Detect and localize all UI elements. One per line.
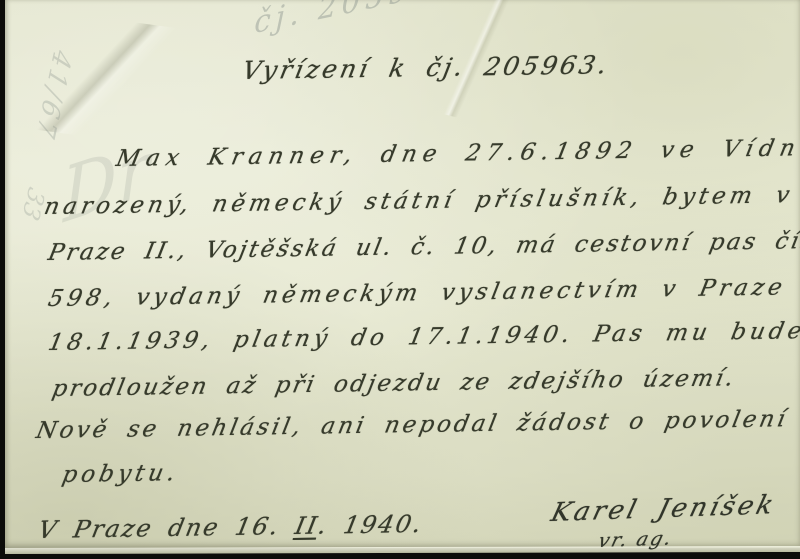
place-date-suffix: . 1940. bbox=[316, 510, 426, 540]
paper-bottom-edge bbox=[5, 546, 800, 554]
scanned-document: čj. 205963 41/67 33 Dr Vyřízení k čj. 20… bbox=[0, 0, 800, 559]
document-heading: Vyřízení k čj. 205963. bbox=[240, 50, 612, 85]
signature-title: vr. ag. bbox=[596, 527, 676, 552]
place-date-prefix: V Praze dne 16. bbox=[36, 512, 298, 544]
handwritten-line-8: pobytu. bbox=[60, 460, 181, 488]
